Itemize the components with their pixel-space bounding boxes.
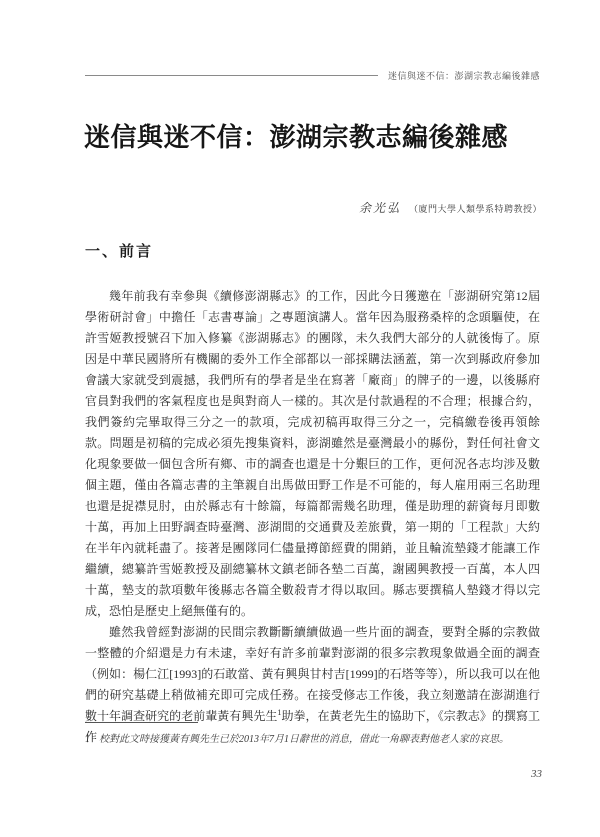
running-head-rule: [85, 75, 378, 76]
author-line: 余光弘 （廈門大學人類學系特聘教授）: [359, 199, 542, 217]
footnote-number: 1: [85, 733, 90, 747]
section-heading: 一、前言: [85, 240, 153, 261]
paragraph-1: 幾年前我有幸參與《續修澎湖縣志》的工作，因此今日獲邀在「澎湖研究第12屆學術研討…: [85, 286, 540, 622]
footnote-separator: [85, 722, 198, 723]
page-number: 33: [531, 768, 542, 780]
article-body: 幾年前我有幸參與《續修澎湖縣志》的工作，因此今日獲邀在「澎湖研究第12屆學術研討…: [85, 286, 540, 748]
paragraph-2: 雖然我曾經對澎湖的民間宗教斷斷續續做過一些片面的調查，要對全縣的宗教做一整體的介…: [85, 622, 540, 748]
document-page: 迷信與迷不信：澎湖宗教志編後雜感 迷信與迷不信：澎湖宗教志編後雜感 余光弘 （廈…: [0, 0, 600, 837]
footnote: 1 校對此文時接獲黃有興先生已於2013年7月1日辭世的消息，借此一角聊表對他老…: [85, 733, 545, 747]
footnote-text: 校對此文時接獲黃有興先生已於2013年7月1日辭世的消息，借此一角聊表對他老人家…: [99, 733, 509, 747]
article-title: 迷信與迷不信：澎湖宗教志編後雜感: [84, 117, 508, 154]
running-head-title: 迷信與迷不信：澎湖宗教志編後雜感: [388, 69, 540, 82]
running-head: 迷信與迷不信：澎湖宗教志編後雜感: [85, 69, 540, 82]
author-affiliation: （廈門大學人類學系特聘教授）: [409, 204, 542, 214]
author-name: 余光弘: [359, 201, 401, 215]
